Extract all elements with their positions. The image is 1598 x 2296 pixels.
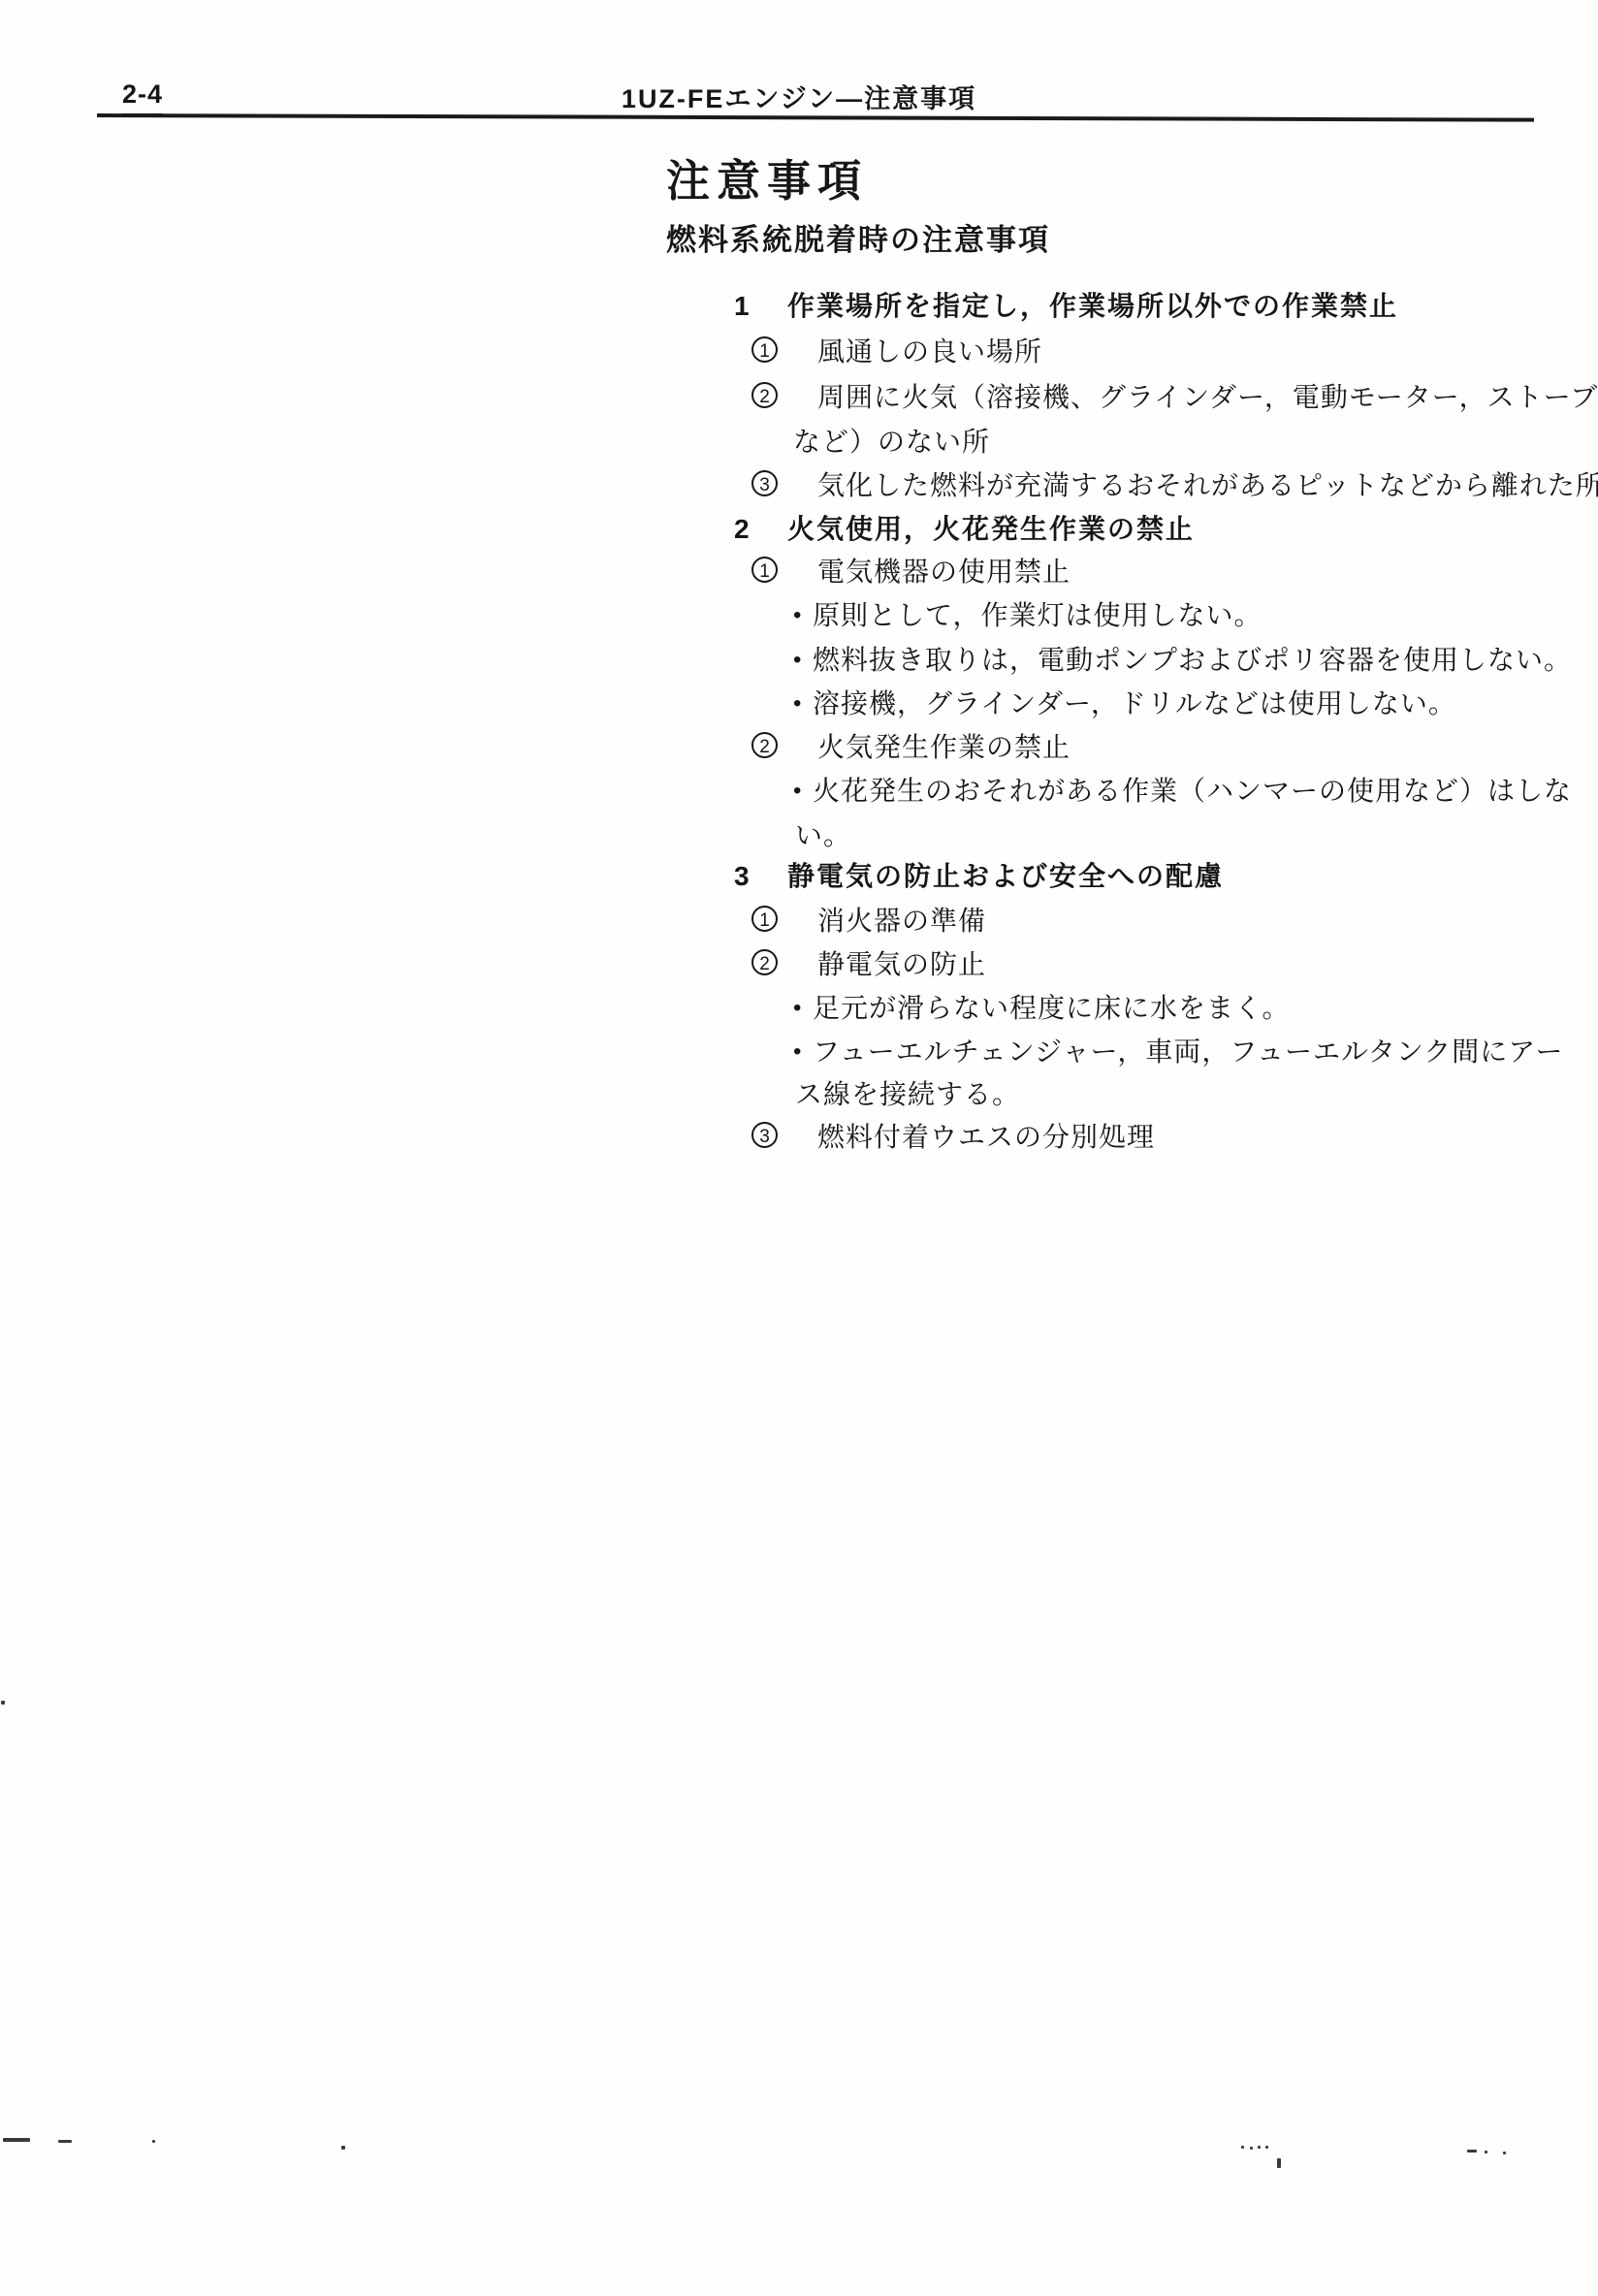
circled-number: 1 — [751, 557, 778, 583]
list-item-continuation: など）のない所 — [0, 426, 1598, 464]
scan-speck — [1, 1701, 5, 1705]
page-title: 注意事項 — [666, 145, 868, 208]
section-number: 3 — [734, 860, 750, 893]
scan-speck — [1485, 2151, 1487, 2153]
list-item: 2 周囲に火気（溶接機、グラインダー，電動モーター，ストーブ — [0, 381, 1598, 420]
scan-speck — [152, 2140, 155, 2143]
section-heading: 火気使用，火花発生作業の禁止 — [787, 513, 1195, 546]
scan-speck — [341, 2146, 345, 2150]
scan-speck — [1467, 2150, 1477, 2152]
scan-speck — [1265, 2146, 1268, 2149]
header-title: 1UZ-FEエンジン―注意事項 — [0, 78, 1598, 115]
item-text: 電気機器の使用禁止 — [817, 556, 1071, 589]
circled-number: 3 — [751, 470, 778, 496]
section-heading: 静電気の防止および安全への配慮 — [787, 860, 1224, 893]
item-text: い。 — [795, 819, 851, 852]
list-item: 2 火気使用，火花発生作業の禁止 — [0, 513, 1598, 552]
bullet-icon: • — [793, 1036, 801, 1068]
section-number: 2 — [734, 513, 750, 546]
circled-number: 1 — [751, 336, 778, 363]
list-item: 2 火気発生作業の禁止 — [0, 731, 1598, 770]
list-item: • 火花発生のおそれがある作業（ハンマーの使用など）はしな — [0, 775, 1598, 813]
list-item: 3 静電気の防止および安全への配慮 — [0, 860, 1598, 899]
item-text: 火花発生のおそれがある作業（ハンマーの使用など）はしな — [813, 775, 1572, 808]
item-text: 消火器の準備 — [817, 905, 986, 938]
list-item: • 足元が滑らない程度に床に水をまく。 — [0, 992, 1598, 1031]
section-number: 1 — [734, 290, 750, 323]
manual-page: 2-4 1UZ-FEエンジン―注意事項 注意事項 燃料系統脱着時の注意事項 1 … — [0, 0, 1598, 2296]
circled-number: 1 — [751, 906, 778, 932]
scan-speck — [1277, 2158, 1281, 2168]
item-text: 周囲に火気（溶接機、グラインダー，電動モーター，ストーブ — [817, 381, 1598, 414]
list-item: 1 作業場所を指定し，作業場所以外での作業禁止 — [0, 290, 1598, 329]
item-text: 風通しの良い場所 — [817, 335, 1042, 368]
circled-number: 2 — [751, 732, 778, 758]
item-text: 原則として，作業灯は使用しない。 — [813, 599, 1262, 632]
item-text: フューエルチェンジャー，車両，フューエルタンク間にアー — [813, 1036, 1563, 1068]
item-text: 燃料付着ウエスの分別処理 — [817, 1121, 1155, 1154]
list-item: • 溶接機，グラインダー，ドリルなどは使用しない。 — [0, 687, 1598, 726]
scan-speck — [3, 2138, 30, 2142]
bullet-icon: • — [793, 992, 801, 1025]
list-item: 3 気化した燃料が充満するおそれがあるピットなどから離れた所 — [0, 469, 1598, 508]
list-item: 1 消火器の準備 — [0, 905, 1598, 943]
scan-speck — [1503, 2152, 1506, 2154]
section-subtitle: 燃料系統脱着時の注意事項 — [666, 215, 1050, 259]
bullet-icon: • — [793, 687, 801, 720]
item-text: 燃料抜き取りは，電動ポンプおよびポリ容器を使用しない。 — [813, 644, 1572, 677]
scan-speck — [1241, 2146, 1244, 2149]
circled-number: 3 — [751, 1122, 778, 1148]
item-text: 足元が滑らない程度に床に水をまく。 — [813, 992, 1290, 1025]
bullet-icon: • — [793, 775, 801, 808]
circled-number: 2 — [751, 382, 778, 408]
item-text: 気化した燃料が充満するおそれがあるピットなどから離れた所 — [817, 469, 1598, 502]
item-text: 火気発生作業の禁止 — [817, 731, 1071, 764]
list-item: • 原則として，作業灯は使用しない。 — [0, 599, 1598, 638]
item-text: 静電気の防止 — [817, 948, 986, 981]
scan-speck — [58, 2140, 72, 2143]
list-item: • 燃料抜き取りは，電動ポンプおよびポリ容器を使用しない。 — [0, 644, 1598, 683]
item-text: など）のない所 — [793, 426, 990, 459]
list-item: 2 静電気の防止 — [0, 948, 1598, 987]
list-item: 3 燃料付着ウエスの分別処理 — [0, 1121, 1598, 1160]
list-item: 1 電気機器の使用禁止 — [0, 556, 1598, 594]
item-text: ス線を接続する。 — [795, 1078, 1020, 1111]
section-heading: 作業場所を指定し，作業場所以外での作業禁止 — [787, 290, 1398, 323]
bullet-icon: • — [793, 644, 801, 677]
circled-number: 2 — [751, 949, 778, 975]
scan-speck — [1258, 2146, 1261, 2149]
item-text: 溶接機，グラインダー，ドリルなどは使用しない。 — [813, 687, 1456, 720]
bullet-icon: • — [793, 599, 801, 632]
list-item: 1 風通しの良い場所 — [0, 335, 1598, 374]
list-item-continuation: い。 — [0, 819, 1598, 858]
list-item-continuation: ス線を接続する。 — [0, 1078, 1598, 1117]
scan-speck — [1250, 2147, 1253, 2150]
list-item: • フューエルチェンジャー，車両，フューエルタンク間にアー — [0, 1036, 1598, 1074]
